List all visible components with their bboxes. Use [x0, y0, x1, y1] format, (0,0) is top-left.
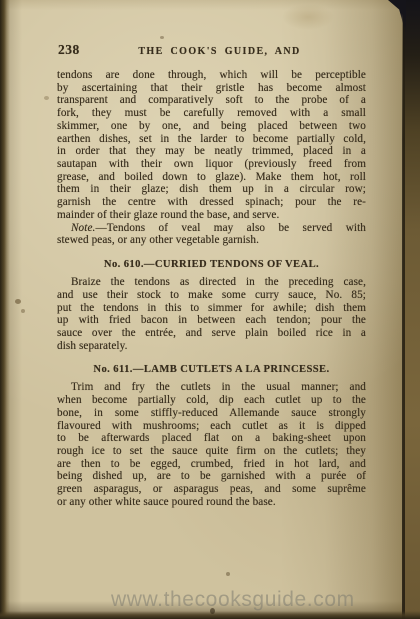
text-line: bone, in some stiffly-reduced Allemande …	[57, 407, 366, 420]
text-line: put the tendons in this to simmer for aw…	[57, 302, 366, 315]
text-line: and use their stock to make some curry s…	[57, 289, 366, 302]
text-line: by ascertaining that their gristle has b…	[57, 82, 366, 95]
text-line: sauce over the entrée, and serve plain b…	[57, 327, 366, 340]
text-line: Note.—Tendons of veal may also be served…	[57, 222, 366, 235]
paragraph-recipe-611: Trim and fry the cutlets in the usual ma…	[57, 381, 366, 508]
text-line: grease, and boiled down to glaze). Make …	[57, 171, 366, 184]
text-line: flavoured with mushrooms; each cutlet as…	[57, 420, 366, 433]
text-line: fork, they must be carefully removed wit…	[57, 107, 366, 120]
text-line: them in their glaze; dish them up in a c…	[57, 183, 366, 196]
text-column: tendons are done through, which will be …	[57, 69, 366, 509]
text-line: earthen dishes, set in the larder to bec…	[57, 133, 366, 146]
text-line: up with fried bacon in between each tend…	[57, 314, 366, 327]
book-edge-right	[403, 0, 420, 619]
paper-stain	[44, 96, 49, 100]
text-line: mainder of their glaze round the base, a…	[57, 209, 366, 222]
scanned-book-page: 238 THE COOK'S GUIDE, AND tendons are do…	[0, 0, 420, 619]
note-label: Note.	[71, 222, 95, 234]
paper-stain	[15, 299, 21, 304]
text-line: or any other white sauce poured round th…	[57, 496, 366, 509]
paper-stain	[226, 572, 230, 576]
text-line: skimmer, one by one, and being placed be…	[57, 120, 366, 133]
text-line: Trim and fry the cutlets in the usual ma…	[57, 381, 366, 394]
recipe-heading-611: No. 611.—LAMB CUTLETS A LA PRINCESSE.	[57, 363, 366, 376]
page-gutter-shadow	[0, 0, 10, 619]
text-line: dish separately.	[57, 340, 366, 353]
paper-stain	[282, 4, 334, 30]
text-line: in order that they may be neatly trimmed…	[57, 145, 366, 158]
note-text: —Tendons of veal may also be served with	[95, 222, 366, 234]
text-line: stewed peas, or any other vegetable garn…	[57, 234, 366, 247]
text-line: green asparagus, or asparagus peas, and …	[57, 483, 366, 496]
text-line: sautapan with their own liquor (previous…	[57, 158, 366, 171]
paragraph-recipe-610: Braize the tendons as directed in the pr…	[57, 276, 366, 352]
site-watermark: www.thecooksguide.com	[111, 588, 355, 612]
recipe-heading-610: No. 610.—CURRIED TENDONS OF VEAL.	[57, 258, 366, 271]
paragraph-note: Note.—Tendons of veal may also be served…	[57, 222, 366, 247]
paper-stain	[160, 36, 164, 39]
running-title: THE COOK'S GUIDE, AND	[57, 46, 366, 57]
text-line: being dished up, are to be garnished wit…	[57, 470, 366, 483]
text-line: rough ice to set the sauce quite firm on…	[57, 445, 366, 458]
page-edge-bottom	[0, 611, 420, 619]
text-line: garnish the centre with dressed spinach;…	[57, 196, 366, 209]
text-line: transparent and comparatively soft to th…	[57, 94, 366, 107]
text-line: to be afterwards placed flat on a baking…	[57, 432, 366, 445]
text-line: tendons are done through, which will be …	[57, 69, 366, 82]
text-line: are then to be egged, crumbed, fried in …	[57, 458, 366, 471]
paper-stain	[21, 309, 25, 313]
text-line: when become partially cold, dip each cut…	[57, 394, 366, 407]
page-edge-line	[402, 0, 405, 619]
text-line: Braize the tendons as directed in the pr…	[57, 276, 366, 289]
paragraph-intro: tendons are done through, which will be …	[57, 69, 366, 222]
